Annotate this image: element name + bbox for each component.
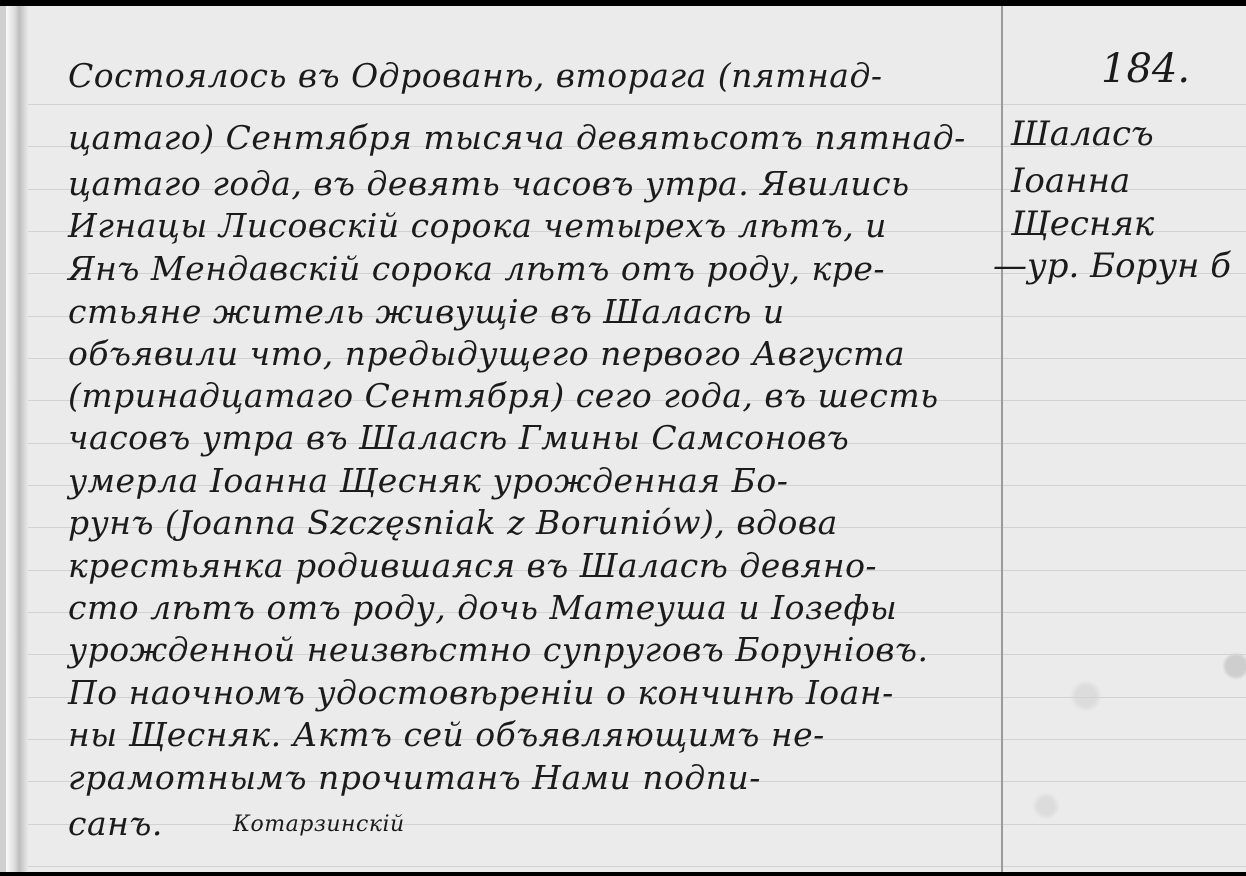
- body-line: стьяне житель живущіе въ Шаласѣ и: [68, 292, 785, 331]
- body-line: крестьянка родившаяся въ Шаласѣ девяно-: [68, 546, 877, 585]
- margin-divider: [1001, 6, 1003, 872]
- margin-given-name: Іоанна: [1011, 161, 1130, 201]
- body-line: Игнацы Лисовскій сорока четырехъ лѣтъ, и: [68, 206, 887, 245]
- body-line: урожденной неизвѣстно супруговъ Боруніов…: [68, 630, 929, 669]
- margin-place: Шаласъ: [1011, 114, 1154, 154]
- margin-maiden-note: —ур. Борун б: [993, 246, 1231, 286]
- body-line: цатаго года, въ девять часовъ утра. Явил…: [68, 164, 910, 203]
- entry-number: 184.: [1101, 46, 1190, 92]
- body-line: умерла Іоанна Щесняк урожденная Бо-: [68, 461, 788, 500]
- margin-surname: Щесняк: [1011, 204, 1154, 244]
- body-line: ны Щесняк. Актъ сей объявляющимъ не-: [68, 715, 825, 754]
- body-line: (тринадцатаго Сентября) сего года, въ ше…: [68, 376, 939, 415]
- body-line: часовъ утра въ Шаласѣ Гмины Самсоновъ: [68, 418, 849, 457]
- body-line: сто лѣтъ отъ роду, дочь Матеуша и Іозефы: [68, 588, 897, 627]
- body-line: Состоялось въ Одрованѣ, вторага (пятнад-: [68, 56, 883, 95]
- body-line: санъ.: [68, 804, 163, 843]
- official-signature: Котарзинскій: [233, 812, 405, 837]
- body-line: грамотнымъ прочитанъ Нами подпи-: [68, 758, 761, 797]
- body-line: По наочномъ удостовѣреніи о кончинѣ Іоан…: [68, 673, 894, 712]
- body-line: цатаго) Сентября тысяча девятьсотъ пятна…: [68, 118, 966, 157]
- page-binding-edge: [6, 6, 28, 872]
- body-line: рунъ (Joanna Szczęsniak z Boruniów), вдо…: [68, 503, 838, 542]
- body-line: объявили что, предыдущего первого Август…: [68, 334, 905, 373]
- record-page: Состоялось въ Одрованѣ, вторага (пятнад-…: [0, 6, 1246, 872]
- body-line: Янъ Мендавскій сорока лѣтъ отъ роду, кре…: [68, 249, 885, 288]
